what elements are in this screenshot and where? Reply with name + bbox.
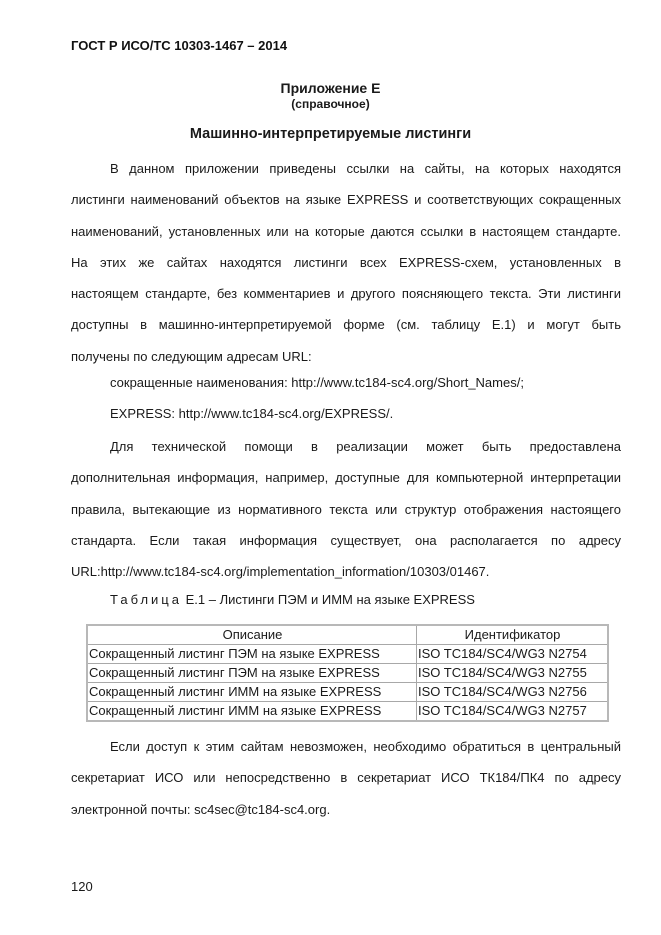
table-cell-identifier: ISO TC184/SC4/WG3 N2757: [417, 702, 609, 722]
table-cell-description: Сокращенный листинг ИММ на языке EXPRESS: [87, 683, 417, 702]
table-cell-identifier: ISO TC184/SC4/WG3 N2755: [417, 664, 609, 683]
table-row: Сокращенный листинг ИММ на языке EXPRESS…: [87, 683, 608, 702]
url-express: EXPRESS: http://www.tc184-sc4.org/EXPRES…: [110, 406, 393, 421]
paragraph-line: настоящем стандарте, без комментариев и …: [71, 278, 621, 309]
table-cell-identifier: ISO TC184/SC4/WG3 N2754: [417, 645, 609, 664]
paragraph-intro: В данном приложении приведены ссылки на …: [71, 153, 621, 372]
paragraph-contact: Если доступ к этим сайтам невозможен, не…: [71, 731, 621, 825]
appendix-title: Приложение Е: [0, 80, 661, 96]
paragraph-line: стандарта. Если такая информация существ…: [71, 525, 621, 556]
paragraph-line: секретариат ИСО или непосредственно в се…: [71, 762, 621, 793]
url-short-names: сокращенные наименования: http://www.tc1…: [110, 375, 524, 390]
page-number: 120: [71, 879, 93, 894]
section-title: Машинно-интерпретируемые листинги: [0, 126, 661, 142]
table-row: Сокращенный листинг ПЭМ на языке EXPRESS…: [87, 664, 608, 683]
table-caption: Таблица Е.1 – Листинги ПЭМ и ИММ на язык…: [110, 592, 475, 607]
paragraph-line: Для технической помощи в реализации може…: [71, 431, 621, 462]
paragraph-line: электронной почты: sc4sec@tc184-sc4.org.: [71, 794, 621, 825]
paragraph-line: дополнительная информация, например, дос…: [71, 462, 621, 493]
table-cell-description: Сокращенный листинг ПЭМ на языке EXPRESS: [87, 645, 417, 664]
table-header-row: Описание Идентификатор: [87, 625, 608, 645]
paragraph-line: На этих же сайтах находятся листинги все…: [71, 247, 621, 278]
paragraph-line: URL:http://www.tc184-sc4.org/implementat…: [71, 556, 621, 587]
table-caption-label: Таблица: [110, 592, 182, 607]
table-header-description: Описание: [87, 625, 417, 645]
paragraph-technical-help: Для технической помощи в реализации може…: [71, 431, 621, 587]
appendix-subtitle: (справочное): [0, 97, 661, 111]
table-cell-description: Сокращенный листинг ИММ на языке EXPRESS: [87, 702, 417, 722]
table-header-identifier: Идентификатор: [417, 625, 609, 645]
table-cell-identifier: ISO TC184/SC4/WG3 N2756: [417, 683, 609, 702]
paragraph-line: получены по следующим адресам URL:: [71, 341, 621, 372]
table-caption-text: Е.1 – Листинги ПЭМ и ИММ на языке EXPRES…: [186, 592, 475, 607]
table-row: Сокращенный листинг ИММ на языке EXPRESS…: [87, 702, 608, 722]
paragraph-line: В данном приложении приведены ссылки на …: [71, 153, 621, 184]
table-row: Сокращенный листинг ПЭМ на языке EXPRESS…: [87, 645, 608, 664]
table-cell-description: Сокращенный листинг ПЭМ на языке EXPRESS: [87, 664, 417, 683]
paragraph-line: листинги наименований объектов на языке …: [71, 184, 621, 215]
paragraph-line: доступны в машинно-интерпретируемой форм…: [71, 309, 621, 340]
listings-table: Описание Идентификатор Сокращенный листи…: [86, 624, 609, 722]
paragraph-line: правила, вытекающие из нормативного текс…: [71, 494, 621, 525]
document-header-standard-id: ГОСТ Р ИСО/ТС 10303-1467 – 2014: [71, 38, 287, 53]
paragraph-line: Если доступ к этим сайтам невозможен, не…: [71, 731, 621, 762]
paragraph-line: наименований, установленных или на котор…: [71, 216, 621, 247]
